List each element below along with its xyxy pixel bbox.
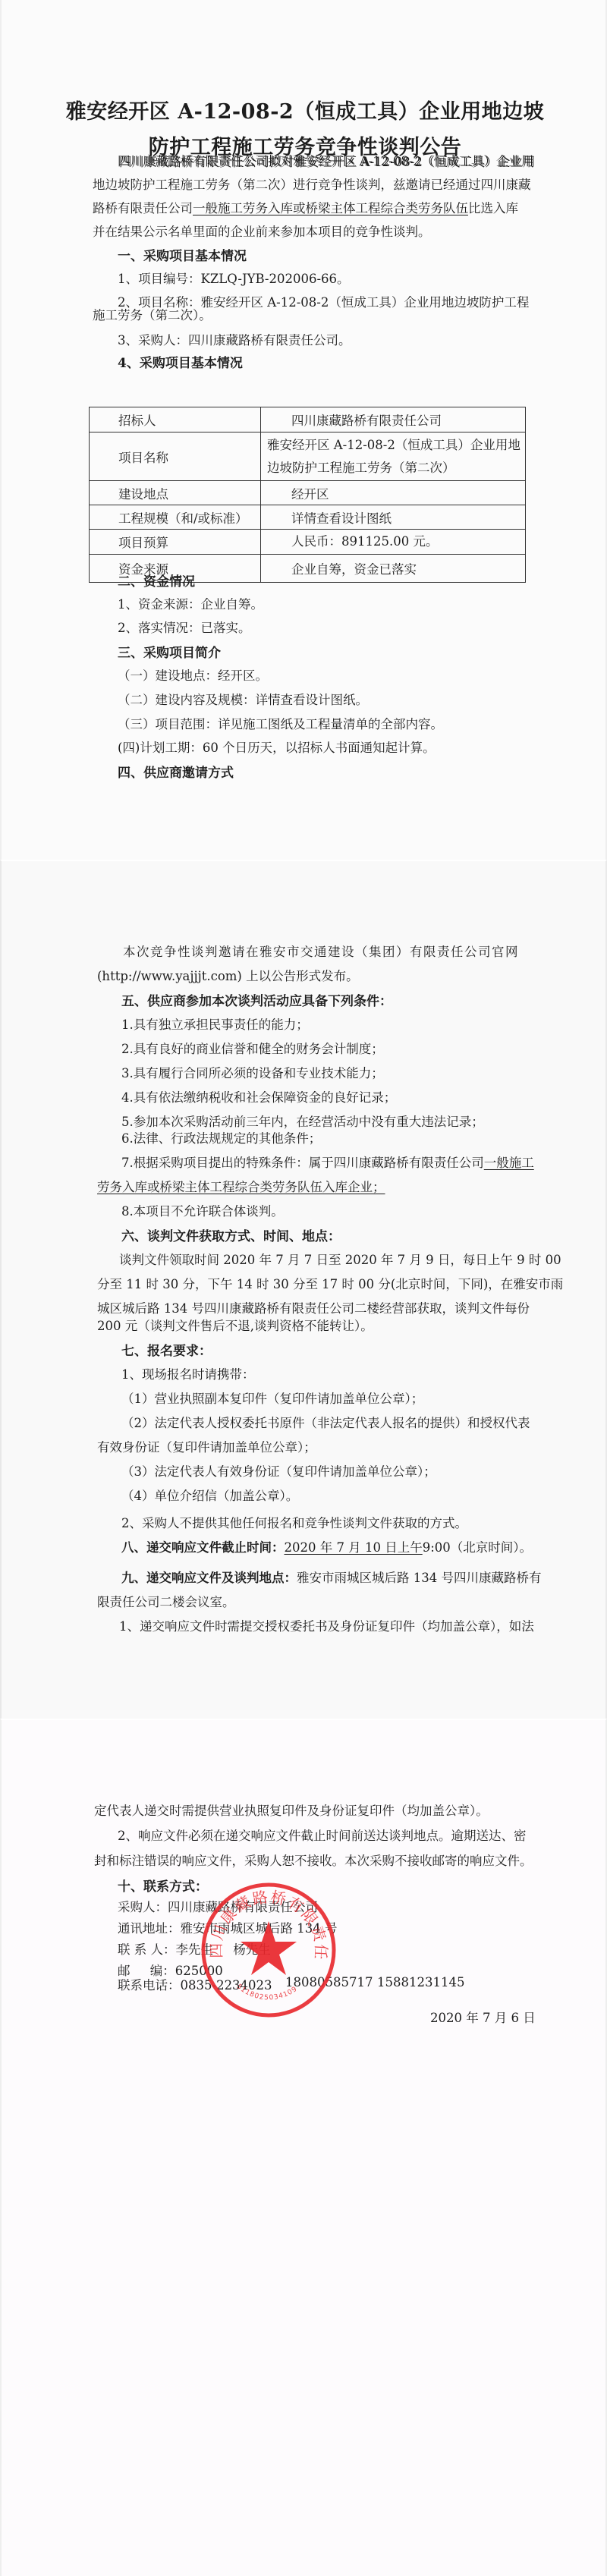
project-number: 1、项目编号：KZLQ-JYB-202006-66。	[118, 269, 350, 287]
construction-site: （一）建设地点：经开区。	[118, 665, 268, 684]
section-6-heading: 六、谈判文件获取方式、时间、地点：	[121, 1225, 341, 1244]
table-value: 企业自筹，资金已落实	[261, 555, 526, 583]
section-9-line-1: 九、递交响应文件及谈判地点：雅安市雨城区城后路 134 号四川康藏路桥有	[121, 1568, 541, 1586]
table-label: 建设地点	[90, 481, 261, 505]
doc-acquire-line-3: 城区城后路 134 号四川康藏路桥有限责任公司二楼经营部获取，谈判文件每份	[97, 1298, 530, 1316]
registration-bring: 1、现场报名时请携带：	[121, 1364, 255, 1382]
intro-line-4: 并在结果公示名单里面的企业前来参加本项目的竞争性谈判。	[93, 222, 431, 240]
svg-text:5118025034109: 5118025034109	[235, 1983, 299, 2002]
section-3-heading: 三、采购项目简介	[118, 642, 221, 661]
table-value: 经开区	[261, 481, 526, 505]
registration-item-3: （3）法定代表人有效身份证（复印件请加盖单位公章）；	[121, 1461, 436, 1480]
basic-info-heading: 4、采购项目基本情况	[118, 352, 243, 371]
table-row: 工程规模（和/或标准） 详情查看设计图纸	[90, 505, 526, 530]
fund-status: 2、落实情况：已落实。	[118, 618, 251, 636]
doc-acquire-line-2: 分至 11 时 30 分，下午 14 时 30 分至 17 时 00 分(北京时…	[97, 1274, 563, 1292]
purchaser: 3、采购人：四川康藏路桥有限责任公司。	[118, 330, 351, 348]
section-5-heading: 五、供应商参加本次谈判活动应具备下列条件：	[121, 990, 392, 1009]
table-label: 项目名称	[90, 432, 261, 481]
intro-line-2: 地边坡防护工程施工劳务（第二次）进行竞争性谈判，兹邀请已经通过四川康藏	[93, 175, 531, 193]
condition-7-line-1: 7.根据采购项目提出的特殊条件：属于四川康藏路桥有限责任公司一般施工	[121, 1153, 534, 1171]
project-range: （三）项目范围：详见施工图纸及工程量清单的全部内容。	[118, 714, 443, 732]
registration-item-4: （4）单位介绍信（加盖公章）。	[121, 1486, 298, 1504]
condition-8: 8.本项目不允许联合体谈判。	[121, 1201, 284, 1219]
section-9-line-2: 限责任公司二楼会议室。	[97, 1592, 235, 1610]
condition-1: 1.具有独立承担民事责任的能力；	[121, 1014, 309, 1033]
page-3	[0, 1719, 607, 2576]
table-value: 雅安经开区 A-12-08-2（恒成工具）企业用地边坡防护工程施工劳务（第二次）	[261, 432, 526, 481]
section-4-heading: 四、供应商邀请方式	[118, 762, 234, 781]
company-seal-icon: 四川康藏路桥有限责任公司 5118025034109	[200, 1882, 337, 2018]
table-row: 项目名称 雅安经开区 A-12-08-2（恒成工具）企业用地边坡防护工程施工劳务…	[90, 432, 526, 481]
planned-duration: (四)计划工期：60 个日历天，以招标人书面通知起计算。	[118, 738, 436, 756]
fund-source: 1、资金来源：企业自筹。	[118, 594, 263, 612]
submission-note-1-line-1: 1、递交响应文件时需提交授权委托书及身份证复印件（均加盖公章），如法	[119, 1616, 534, 1634]
section-1-heading: 一、采购项目基本情况	[118, 245, 247, 264]
doc-acquire-line-1: 谈判文件领取时间 2020 年 7 月 7 日至 2020 年 7 月 9 日，…	[119, 1250, 561, 1268]
project-name-line-2: 施工劳务（第二次）。	[93, 305, 212, 323]
condition-5: 5.参加本次采购活动前三年内，在经营活动中没有重大违法记录；	[121, 1112, 484, 1130]
table-row: 建设地点 经开区	[90, 481, 526, 505]
submission-note-1-line-2: 定代表人递交时需提供营业执照复印件及身份证复印件（均加盖公章）。	[94, 1801, 489, 1819]
doc-acquire-line-4: 200 元（谈判文件售后不退,谈判资格不能转让）。	[97, 1316, 373, 1334]
publish-line-1: 本次竞争性谈判邀请在雅安市交通建设（集团）有限责任公司官网	[123, 942, 519, 960]
table-value: 人民币：891125.00 元。	[261, 530, 526, 555]
submission-note-2-line-1: 2、响应文件必须在递交响应文件截止时间前送达谈判地点。逾期送达、密	[118, 1826, 527, 1844]
table-value: 详情查看设计图纸	[261, 505, 526, 530]
construction-scope: （二）建设内容及规模：详情查看设计图纸。	[118, 690, 368, 708]
table-label: 项目预算	[90, 530, 261, 555]
contact-phone-3: 15881231145	[377, 1975, 464, 1989]
condition-3: 3.具有履行合同所必须的设备和专业技术能力；	[121, 1063, 384, 1081]
section-7-heading: 七、报名要求：	[121, 1340, 212, 1359]
intro-underlined-qualification: 一般施工劳务入库或桥梁主体工程综合类劳务队伍	[193, 201, 468, 215]
registration-note: 2、采购人不提供其他任何报名和竞争性谈判文件获取的方式。	[121, 1513, 467, 1531]
registration-item-1: （1）营业执照副本复印件（复印件请加盖单位公章）；	[121, 1389, 423, 1407]
publish-line-2: (http://www.yajjjt.com) 上以公告形式发布。	[97, 966, 359, 984]
condition-7-line-2: 劳务入库或桥梁主体工程综合类劳务队伍入库企业；	[97, 1177, 385, 1195]
table-label: 工程规模（和/或标准）	[90, 505, 261, 530]
table-value: 四川康藏路桥有限责任公司	[261, 407, 526, 432]
section-2-heading: 二、资金情况	[118, 571, 195, 590]
section-10-heading: 十、联系方式：	[118, 1876, 208, 1895]
intro-line-1-text: 四川康藏路桥有限责任公司拟对雅安经开区 A-12-08-2（恒成工具）企业用	[118, 151, 533, 169]
submission-note-2-line-2: 封和标注错误的响应文件，采购人恕不接收。本次采购不接收邮寄的响应文件。	[94, 1851, 533, 1869]
condition-2: 2.具有良好的商业信誉和健全的财务会计制度；	[121, 1039, 384, 1057]
registration-item-2-line-1: （2）法定代表人授权委托书原件（非法定代表人报名的提供）和授权代表	[121, 1413, 530, 1431]
deadline-date: 2020 年 7 月 10 日上午	[285, 1540, 423, 1555]
table-row: 项目预算 人民币：891125.00 元。	[90, 530, 526, 555]
project-info-table: 招标人 四川康藏路桥有限责任公司 项目名称 雅安经开区 A-12-08-2（恒成…	[89, 407, 526, 583]
announcement-date: 2020 年 7 月 6 日	[430, 2008, 536, 2026]
condition-6: 6.法律、行政法规规定的其他条件；	[121, 1128, 321, 1146]
registration-item-2-line-2: 有效身份证（复印件请加盖单位公章）；	[97, 1437, 316, 1455]
table-label: 招标人	[90, 407, 261, 432]
section-8-deadline: 八、递交响应文件截止时间：2020 年 7 月 10 日上午9:00（北京时间）…	[121, 1537, 532, 1555]
document-title-line-1: 雅安经开区 A-12-08-2（恒成工具）企业用地边坡	[2, 95, 607, 124]
table-row: 招标人 四川康藏路桥有限责任公司	[90, 407, 526, 432]
condition-4: 4.具有依法缴纳税收和社会保障资金的良好记录；	[121, 1087, 396, 1106]
intro-line-3: 路桥有限责任公司一般施工劳务入库或桥梁主体工程综合类劳务队伍比选入库	[93, 198, 518, 216]
